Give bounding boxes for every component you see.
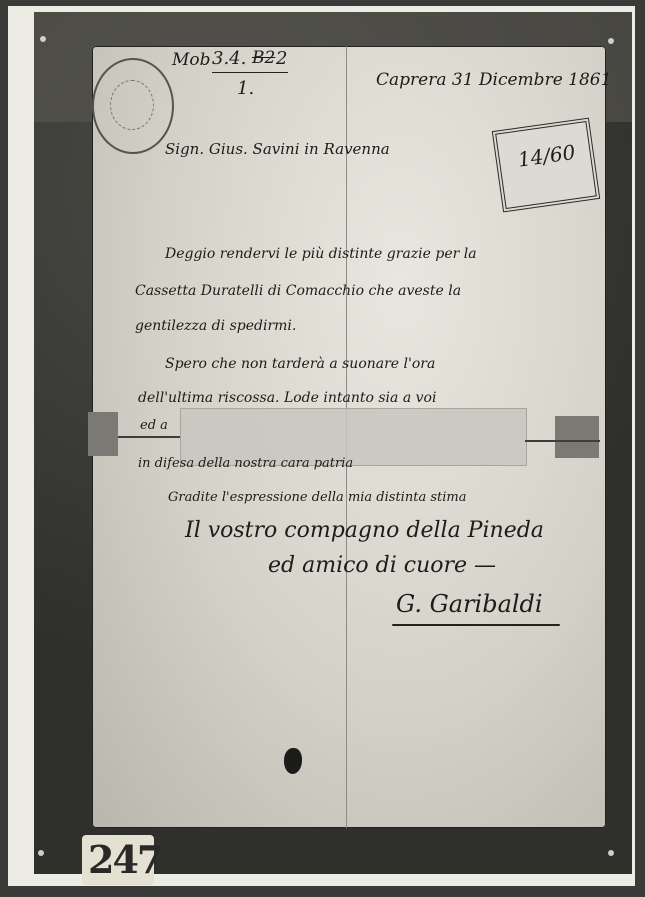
body-line-1: Deggio rendervi le più distinte grazie p… xyxy=(165,246,477,262)
tax-stamp: 14/60 xyxy=(492,118,600,213)
mount-hole-icon xyxy=(38,850,44,856)
body-line-5: dell'ultima riscossa. Lode intanto sia a… xyxy=(138,390,436,406)
archive-ref-suffix: 2 xyxy=(276,48,287,69)
body-line-7: in difesa della nostra cara patria xyxy=(138,456,353,471)
closing-line-1: Il vostro compagno della Pineda xyxy=(185,518,544,543)
catalog-number: 247 xyxy=(88,837,161,882)
mount-hole-icon xyxy=(608,38,614,44)
signature: G. Garibaldi xyxy=(396,590,543,618)
archive-ref-prefix: Mob xyxy=(172,50,211,70)
mount-hole-icon xyxy=(40,36,46,42)
place-date: Caprera 31 Dicembre 1861 xyxy=(376,70,611,90)
archive-ref-struck: B2 xyxy=(252,48,275,68)
tape-left xyxy=(88,412,118,456)
archive-ref-number: 3.4. xyxy=(212,48,246,69)
ref-underline xyxy=(212,72,288,73)
tape-right xyxy=(555,416,599,458)
mount-hole-icon xyxy=(608,850,614,856)
tape-edge-right xyxy=(525,440,600,442)
signature-flourish xyxy=(392,624,560,626)
body-line-6: ed a xyxy=(140,418,168,433)
round-seal-stamp xyxy=(92,58,174,154)
tax-stamp-value: 14/60 xyxy=(516,140,576,172)
tape-edge-left xyxy=(118,436,180,438)
archive-ref-sub: 1. xyxy=(237,78,254,99)
body-line-3: gentilezza di spedirmi. xyxy=(135,318,296,334)
body-line-2: Cassetta Duratelli di Comacchio che aves… xyxy=(135,283,461,299)
closing-line-2: ed amico di cuore — xyxy=(268,553,496,578)
catalog-label: 247 xyxy=(82,835,154,885)
body-line-8: Gradite l'espressione della mia distinta… xyxy=(168,490,466,505)
body-line-4: Spero che non tarderà a suonare l'ora xyxy=(165,356,435,372)
addressee: Sign. Gius. Savini in Ravenna xyxy=(165,140,390,158)
